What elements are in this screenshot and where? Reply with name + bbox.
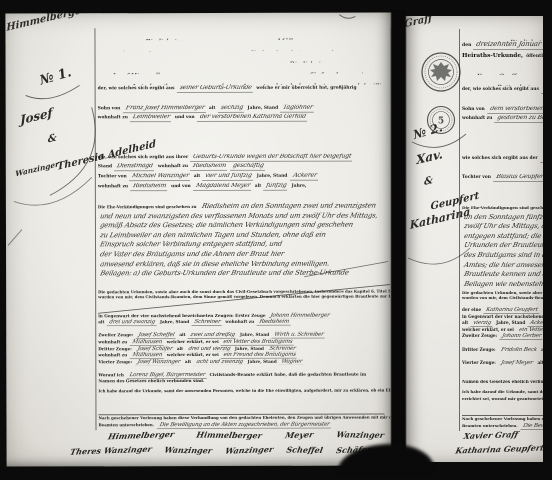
printed-form-text: Jahre, Stand [235, 346, 264, 351]
form-line: der Mutter des Bräutigams. [98, 279, 390, 289]
printed-form-text: der, wie solches sich ergibt aus [98, 87, 175, 92]
handwritten-entry: Beilagen wie nebenstehend. [462, 281, 543, 289]
blank-fill-line [516, 194, 543, 204]
printed-form-text: Beamten unterschrieben. [462, 424, 518, 428]
printed-form-text: Die gedachten Urkunden, sowie aber auch … [462, 291, 543, 295]
handwritten-entry: Wagner [279, 358, 305, 365]
handwritten-entry: Fridolin Beck [498, 347, 539, 354]
form-line: vonXaver Graff [462, 64, 543, 75]
printed-form-text: Jahre, Stand [160, 320, 189, 325]
printed-form-text: Namen des Gesetzes ehelich verbunden sin… [98, 379, 204, 384]
printed-form-text: Beamten unterschrieben. [98, 424, 154, 428]
handwritten-entry: acht und zwanzig [193, 359, 245, 366]
signature: Wanzinger [335, 429, 384, 440]
printed-form-text: Ich habe darauf die Urkunde, samt der an… [462, 390, 543, 394]
form-line: Sohn vondem verstorbenen Johann Graff [462, 106, 543, 116]
handwritten-entry: Katharina Geupfert [483, 307, 540, 314]
form-line: Urkunden der Brautleute und die Sterbe-U… [462, 242, 543, 252]
signature: Theres Wanzinger [69, 444, 153, 457]
form-line: Beamten unterschrieben.Die Bewilligung a… [98, 422, 390, 429]
printed-form-text: Jahre, [292, 185, 307, 190]
printed-form-text: Stand [98, 166, 112, 171]
signature: Xavier Graff [463, 429, 520, 441]
printed-form-text: Sohn von [98, 107, 121, 112]
printed-form-text: Heiraths-Urkunde, [462, 53, 523, 59]
header-section: BürgermeistereiRiedisheimdendreizehnten … [462, 30, 543, 86]
form-line: Standgestorben [462, 194, 543, 204]
form-line: Beilagen wie nebenstehend. [462, 281, 543, 291]
printed-form-text: Die Ehe-Verkündigungen sind geschehen zu [462, 206, 543, 210]
handwritten-entry: Riedisheim [130, 183, 169, 191]
handwritten-entry: Mülhausen [129, 352, 164, 359]
form-line: dendreizehnten Januar achtzehnhundert fü… [462, 41, 543, 52]
closing-section: Nach geschehener Vorlesung haben diese V… [462, 417, 543, 430]
handwritten-entry: Amtes; die hier anwesenden Zeugen erklär… [462, 262, 543, 270]
handwritten-entry: sechzig [218, 104, 246, 112]
printed-form-text: Dritter Zeuge: [462, 348, 496, 353]
blank-fill-line [187, 29, 254, 41]
blank-fill-line [530, 353, 543, 360]
handwritten-entry: fünfzig [263, 183, 289, 191]
form-line: und vonKatharina Gerber [462, 135, 543, 145]
handwritten-entry: seiner Geburts-Urkunde [177, 85, 254, 93]
printed-form-text: Sohn von [462, 108, 485, 113]
blank-fill-line [178, 74, 193, 85]
signature: Wanzinger [164, 445, 213, 456]
printed-form-text: Worauf ich [98, 373, 124, 378]
proclamation-section: Die Ehe-Verkündigungen sind geschehen zu… [462, 204, 543, 290]
printed-form-text: alt [462, 321, 468, 326]
form-line: Brautleute kennen und deren Angaben best… [462, 271, 543, 281]
printed-form-text: wurden von mir, dem Civilstands-Beamten,… [462, 296, 543, 300]
printed-form-text: Nach geschehener Vorlesung haben diese V… [98, 416, 390, 421]
form-line: des Bräutigams sind in den Akten des hie… [462, 252, 543, 262]
blank-fill-line [319, 29, 386, 41]
blank-fill-line [216, 134, 302, 144]
blank-fill-line [331, 51, 386, 63]
printed-form-text: Namen des Gesetzes ehelich verbunden sin… [462, 380, 543, 385]
form-line: Tochter vonBlasius Geupfert [462, 174, 543, 184]
handwritten-entry: der Vater des Bräutigams und die Ahnen d… [98, 251, 287, 259]
printed-form-text: Jahre, Stand [240, 333, 269, 338]
signature-row: HimmelbergerHimmelbergerMeyerWanzingerBi… [70, 429, 393, 440]
handwritten-entry: Einspruch solcher Verbindung entgegen st… [98, 241, 285, 249]
handwritten-entry: Franz Josef Himmelberger [123, 105, 207, 113]
handwritten-entry: dreizehnten Januar achtzehnhundert fünf … [474, 41, 543, 50]
signature-row: Theres WanzingerWanzingerWanzingerScheff… [71, 445, 371, 456]
signature: Himmelberger [107, 429, 175, 441]
handwritten-entry: Michael Wanzinger [129, 173, 192, 181]
handwritten-entry: Blasius Geupfert [493, 174, 543, 182]
printed-form-text: Tochter von [462, 176, 491, 181]
legal-text-section: Die gedachten Urkunden, sowie aber auch … [98, 290, 390, 302]
signature: Katharina Geupfert [455, 442, 543, 455]
handwritten-entry: vierzig [470, 320, 493, 327]
printed-form-text: welcher erklärt, er sei [167, 353, 219, 358]
printed-form-text: welcher erklärt, er sei [462, 328, 514, 333]
printed-form-text: Vierter Zeuge: [462, 361, 496, 366]
form-line: StandGärtner [462, 96, 543, 106]
form-line: Namen des Gesetzes ehelich verbunden sin… [98, 378, 390, 385]
binding-gutter [391, 10, 406, 470]
printed-form-text: wohnhaft zu [462, 117, 492, 122]
printed-form-text: alt [194, 175, 201, 180]
handwritten-entry: Riedisheim [190, 163, 229, 171]
form-line: in Gegenwart der vier nachstehend bezeic… [462, 314, 543, 321]
handwritten-entry: Ackerer [290, 173, 319, 181]
handwritten-entry: gemäß Absatz des Gesetzes; die nämlichen… [98, 222, 356, 230]
particulars-section: der, wie solches sich ergibt ausseiner G… [462, 86, 543, 204]
form-line: zwölf Uhr des Mittags, ohne daß ein Eins… [462, 223, 543, 233]
handwritten-entry: Mülhausen [129, 339, 164, 346]
form-line: an den Sonntagen fünfzehnten und zwei un… [462, 214, 543, 224]
handwritten-entry: Riedisheim [256, 319, 291, 326]
form-line: wohnhaft zugestorben zu Battenheim [462, 115, 543, 125]
printed-form-text: wohnhaft zu [98, 340, 127, 345]
printed-form-text: wie solches sich ergibt aus der [462, 157, 538, 162]
form-line: Namen des Gesetzes ehelich verbunden sin… [462, 380, 543, 387]
form-line: Stand—wohnhaft zuRiedisheim [98, 192, 390, 203]
printed-form-text: alt [179, 333, 185, 338]
printed-form-text: Zweiter Zeuge: [462, 334, 497, 339]
printed-form-text: den [462, 43, 471, 48]
handwritten-entry: zu Leimbweiler an den nämlichen Tagen un… [98, 231, 328, 239]
handwritten-entry: Xaver Graff [473, 74, 518, 75]
handwritten-entry: anwesend erklären, daß sie in diese ehel… [98, 260, 332, 268]
form-line: Amtes; die hier anwesenden Zeugen erklär… [462, 262, 543, 272]
form-line: geboren zuObersulzbach [462, 145, 543, 155]
blank-fill-line [185, 62, 294, 74]
handwritten-entry: Urkunden der Brautleute und die Sterbe-U… [462, 242, 543, 250]
form-line: Worauf ichBürgermeister [462, 373, 543, 380]
form-column: BürgermeistereiRiedisheimdendreizehnten … [460, 16, 543, 462]
margin-name: Josef [20, 106, 53, 128]
handwritten-entry: Sterbe-Urkunde [540, 155, 543, 163]
form-line: geboren zuBattenheim [462, 75, 543, 86]
form-line: Vierter Zeuge:Josef MeyeraltvierzigJahre… [462, 360, 543, 367]
form-line: wohnhaft zuEnsisheim [462, 340, 543, 347]
form-line: Dritter Zeuge:Fridolin BeckaltfünfzigJah… [462, 347, 543, 354]
margin-name: Himmelberger [6, 12, 86, 33]
witnesses-section: der eineKatharina Geupfertin Gegenwart d… [462, 307, 543, 386]
handwritten-entry: Josef Wanzinger [134, 359, 182, 366]
blank-fill-line [516, 125, 543, 135]
form-line: Stand—gestorben, wohnhaft zuLeimbweiler,… [98, 124, 390, 135]
form-line: wurden von mir, dem Civilstands-Beamten,… [462, 296, 543, 301]
printed-form-text: alt [98, 320, 104, 325]
left-page-scan: № 1. HimmelbergerJosef&Theresia Adelheid… [5, 12, 393, 466]
form-line: Heiraths-Urkunde,öffentlich abgeschlosse… [462, 52, 543, 63]
printed-form-text: welcher erklärt, er sei [167, 340, 219, 345]
signature-row: Xavier Graff [464, 430, 543, 440]
form-line: welcher erklärt, er seiein Vetter des Br… [462, 327, 543, 334]
handwritten-entry: Beilagen: a) die Geburts-Urkunden der Br… [98, 270, 351, 278]
handwritten-entry: Brautleute kennen und deren Angaben best… [462, 271, 543, 279]
blank-fill-line [197, 279, 387, 289]
printed-form-text: Jahre, Stand [248, 106, 279, 111]
margin-name: & [48, 132, 57, 145]
printed-form-text: und von [175, 116, 195, 121]
printed-form-text: Zweiter Zeuge: [98, 334, 133, 339]
printed-form-text: in Gegenwart der vier nachstehend bezeic… [98, 313, 265, 318]
handwritten-entry: Josef Meyer [498, 360, 535, 367]
signature: Wanzinger [224, 444, 274, 456]
form-line: StandDienstmagd [462, 164, 543, 174]
blank-fill-line [510, 96, 543, 106]
margin-name: Graff [404, 16, 432, 30]
blank-fill-line [225, 94, 387, 105]
handwritten-entry: geschäftig [230, 163, 266, 171]
handwritten-entry: Taglöhner [280, 104, 315, 112]
witnesses-section: der eineTheresia Adelheid Wanzingerdie a… [98, 306, 390, 386]
blank-fill-line [522, 164, 543, 174]
blank-fill-line [540, 75, 543, 86]
printed-form-text: alt [255, 185, 262, 190]
printed-form-text: Dritter Zeuge: [98, 347, 132, 352]
handwritten-entry: Geburts-Urkunde wegen der Botschaft hier… [190, 153, 354, 161]
fee-stamp-value: 5 [438, 117, 444, 127]
handwritten-entry: Schreiner [191, 319, 223, 326]
form-line: wohnhaft zuMülhausen [462, 366, 543, 373]
printed-form-text: alt [209, 107, 216, 112]
form-line: Standgestorben [462, 125, 543, 135]
blank-fill-line [542, 184, 543, 194]
form-line: altvierzigJahre, StandAckerer [462, 320, 543, 327]
handwritten-entry: ein Vetter des Bräutigams [516, 327, 543, 334]
blank-fill-line [308, 395, 387, 402]
printed-form-text: alt [541, 348, 543, 353]
handwritten-entry: Ackerer [528, 320, 543, 327]
form-line: Densiebenten Januarachtzehnhundertfünf u… [97, 40, 389, 52]
handwritten-entry: Lorenz Bigel, Bürgermeister [126, 372, 207, 379]
printed-form-text: wohnhaft zu [225, 320, 254, 325]
printed-form-text: der eine [462, 308, 481, 313]
separator-rule [462, 415, 543, 416]
particulars-section: der, wie solches sich ergibt ausseiner G… [98, 85, 390, 203]
blank-fill-line [536, 373, 543, 380]
printed-form-text: Nach geschehener Vorlesung haben diese V… [462, 417, 543, 421]
printed-form-text: die, wie solches sich ergibt aus ihrer [98, 156, 188, 161]
handwritten-entry: vier und fünfzig [202, 173, 254, 181]
header-section: BürgermeistereiRiedisheimKreisMülhausenD… [97, 29, 389, 86]
margin-names: HimmelbergerJosef&Theresia AdelheidWanzi… [5, 13, 98, 466]
printed-form-text: Tochter von [98, 175, 127, 180]
printed-form-text: Die Ehe-Verkündigungen sind geschehen zu [98, 205, 197, 210]
proclamation-section: Die Ehe-Verkündigungen sind geschehen zu… [98, 203, 390, 290]
printed-form-text: der, wie solches sich ergibt aus [462, 88, 539, 93]
printed-form-text: errichtet sei, worauf mir geantwortet wu… [462, 397, 543, 401]
blank-fill-line [531, 366, 543, 373]
scanned-register-spread: № 1. HimmelbergerJosef&Theresia Adelheid… [0, 0, 552, 480]
handwritten-entry: Die Bewilligung [520, 423, 543, 429]
handwritten-entry: Riedisheim an den Sonntagen zwei und zwa… [199, 203, 378, 211]
handwritten-entry: Johann Gerber [499, 333, 543, 340]
handwritten-entry: Dienstmagd [114, 163, 155, 171]
contract-section: Ich habe darauf die Urkunde, samt der an… [98, 389, 390, 403]
signature: Himmelberger [196, 429, 263, 440]
handwritten-entry: Die Bewilligung an die Akten zugeschrieb… [156, 422, 331, 429]
handwritten-entry: zwölf Uhr des Mittags, ohne daß ein Eins… [462, 223, 543, 231]
printed-form-text: wohnhaft zu [98, 185, 128, 190]
signature-row: Katharina Geupfert [456, 444, 543, 454]
printed-form-text: wohnhaft zu [98, 117, 128, 122]
printed-form-text: öffentlich abgeschlossen im Gemeindehaus… [526, 54, 543, 59]
form-line: errichtet sei, worauf mir geantwortet wu… [462, 396, 543, 402]
margin-name: Wanzinger [15, 159, 59, 178]
blank-fill-line [520, 64, 543, 75]
form-line: wurden von mir, dem Civilstands-Beamten,… [98, 295, 390, 301]
form-column: BürgermeistereiRiedisheimKreisMülhausenD… [95, 12, 392, 466]
printed-form-text: welche er mir überreicht hat, großjährig [256, 87, 356, 92]
form-line: vonJosef Himmelbergeraltfünf und zwanzig… [98, 62, 390, 74]
blank-fill-line [201, 192, 387, 203]
right-page-scan: № 2. GraffXav.&GeupfertKatharina 5 [404, 16, 543, 462]
fee-stamp-icon: 5 [428, 107, 455, 134]
form-line: Heiraths-Urkunde,öffentlich abgeschlosse… [98, 51, 390, 63]
right-margin-annotation: № 2. GraffXav.&GeupfertKatharina 5 [404, 16, 462, 462]
printed-form-text: Jahre, Stand [257, 175, 288, 180]
form-line: der eineKatharina Geupfert [462, 307, 543, 314]
printed-form-text: alt [185, 360, 191, 365]
printed-form-text: Vierter Zeuge: [98, 360, 132, 365]
blank-fill-line [175, 40, 197, 51]
blank-fill-line [528, 340, 543, 347]
blank-fill-line [281, 124, 386, 135]
handwritten-entry: der verstorbenen Katharina Gerhild [197, 114, 309, 122]
form-line: geboren zuLeimbweileramsechsten August a… [98, 73, 390, 85]
imperial-eagle-seal-icon [422, 53, 460, 91]
handwritten-entry: an den Sonntagen fünfzehnten und zwei un… [462, 214, 543, 222]
form-line: BürgermeistereiRiedisheimKreisMülhausen [97, 29, 389, 41]
printed-form-text: Civilstands-Beamte erklärt habe, daß die… [210, 373, 367, 378]
printed-form-text: wohnhaft zu [98, 353, 127, 358]
contract-section: Ich habe darauf die Urkunde, samt der an… [462, 390, 543, 403]
handwritten-entry: dem verstorbenen Johann Graff [487, 106, 543, 114]
form-line: wie solches sich ergibt aus derSterbe-Ur… [462, 155, 543, 165]
printed-form-text: Die gedachten Urkunden, sowie aber auch … [98, 290, 390, 295]
handwritten-entry: und neun und zwanzigsten des verflossene… [98, 212, 380, 220]
printed-form-text: Ich habe darauf die Urkunde, samt der an… [98, 389, 390, 394]
handwritten-entry: drei und zwanzig [107, 319, 158, 326]
printed-form-text: Jahre, Stand [248, 360, 277, 365]
handwritten-entry: gestorben zu Battenheim [494, 115, 543, 123]
printed-form-text: und von [171, 185, 191, 190]
form-line: entgegen stattfand; die Eltern der Braut… [462, 233, 543, 243]
form-line: der, wie solches sich ergibt ausseiner G… [462, 86, 543, 96]
form-line: errichtet sei, worauf mir geantwortet wu… [98, 395, 390, 402]
handwritten-entry: Magdalena Meyer [193, 183, 253, 191]
printed-form-text: alt [537, 361, 543, 366]
printed-form-text: wohnhaft zu [158, 165, 188, 170]
printed-form-text: wurden von mir, dem Civilstands-Beamten,… [98, 295, 390, 300]
printed-form-text: Jahre, Stand [496, 321, 525, 326]
printed-form-text: alt [177, 347, 183, 352]
signature: Scheffel [286, 444, 324, 455]
left-margin-annotation: № 1. HimmelbergerJosef&Theresia Adelheid… [5, 13, 98, 466]
blank-fill-line [540, 145, 543, 155]
form-line: wohnhaft zuObermünster [462, 184, 543, 194]
handwritten-entry: seiner Geburts-Urkunde [541, 86, 543, 94]
blank-fill-line [157, 144, 228, 154]
form-line: wohnhaft zuRuelisheim [462, 353, 543, 360]
form-line: Die Ehe-Verkündigungen sind geschehen zu… [462, 204, 543, 214]
handwritten-entry: Leimbweiler [130, 114, 173, 122]
handwritten-entry: ein Vetter des Bräutigams [221, 339, 295, 346]
legal-text-section: Die gedachten Urkunden, sowie aber auch … [462, 291, 543, 302]
signature: Meyer [284, 429, 314, 440]
form-line: BürgermeistereiRiedisheim [462, 30, 543, 41]
form-line: Zweiter Zeuge:Johann GerberaltdreißigJah… [462, 333, 543, 340]
printed-form-text: in Gegenwart der vier nachstehend bezeic… [462, 315, 543, 320]
handwritten-entry: des Bräutigams sind in den Akten des hie… [462, 252, 543, 260]
closing-section: Nach geschehener Vorlesung haben diese V… [98, 416, 390, 430]
handwritten-entry: entgegen stattfand; die Eltern der Braut… [462, 233, 543, 241]
form-line: StandTaglöhnerwohnhaft zuRiedisheim [98, 94, 390, 105]
